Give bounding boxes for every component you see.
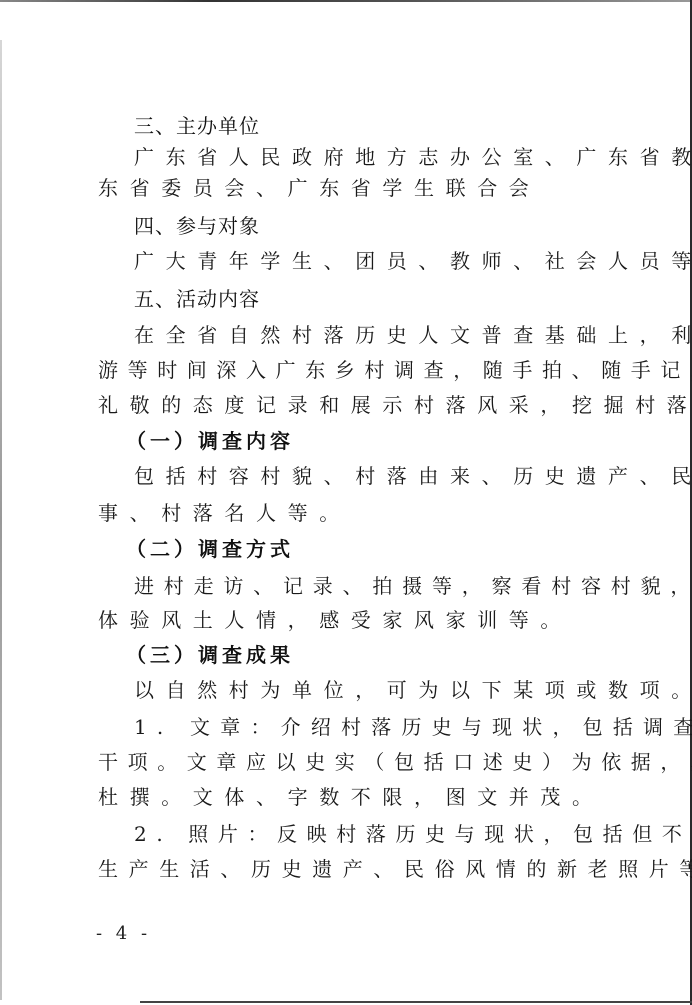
- body-text-line: 干项。文章应以史实（包括口述史）为依据，真实客观，严禁: [98, 748, 618, 776]
- body-text-line: 游等时间深入广东乡村调查，随手拍、随手记，以客观、科学、: [98, 356, 618, 384]
- body-text-line: 包括村容村貌、村落由来、历史遗产、民俗风情、村落故: [134, 462, 654, 490]
- subsection-heading-survey-content: （一）调查内容: [126, 427, 646, 455]
- document-page: 三、主办单位 广东省人民政府地方志办公室、广东省教育厅、共青团广 东省委员会、广…: [0, 0, 692, 1005]
- body-text-line: 杜撰。文体、字数不限，图文并茂。: [98, 783, 618, 811]
- body-text-line: 以自然村为单位，可为以下某项或数项。: [134, 676, 654, 704]
- body-text-line: 东省委员会、广东省学生联合会: [98, 174, 618, 202]
- body-text-line: 进村走访、记录、拍摄等，察看村容村貌，聆听村落故事，: [134, 572, 654, 600]
- list-item-photos: 2. 照片：反映村落历史与现状，包括但不限于村容村貌、: [134, 820, 654, 848]
- page-number: - 4 -: [96, 920, 151, 948]
- section-heading-activity-content: 五、活动内容: [134, 285, 654, 313]
- body-text-line: 在全省自然村落历史人文普查基础上，利用暑假返乡、旅: [134, 321, 654, 349]
- body-text-line: 广大青年学生、团员、教师、社会人员等: [134, 247, 654, 275]
- scan-edge-top: [0, 0, 692, 2]
- body-text-line: 事、村落名人等。: [98, 499, 618, 527]
- body-text-line: 广东省人民政府地方志办公室、广东省教育厅、共青团广: [134, 143, 654, 171]
- scan-edge-left: [0, 40, 2, 1000]
- section-heading-organizers: 三、主办单位: [134, 112, 654, 140]
- subsection-heading-survey-results: （三）调查成果: [126, 641, 646, 669]
- scan-edge-bottom: [140, 1001, 692, 1003]
- body-text-line: 体验风土人情，感受家风家训等。: [98, 606, 618, 634]
- list-item-article: 1. 文章：介绍村落历史与现状，包括调查内容的全部或若: [134, 713, 654, 741]
- body-text-line: 生产生活、历史遗产、民俗风情的新老照片等，每村不少于 5: [98, 855, 618, 883]
- subsection-heading-survey-method: （二）调查方式: [126, 535, 646, 563]
- section-heading-participants: 四、参与对象: [134, 212, 654, 240]
- body-text-line: 礼敬的态度记录和展示村落风采，挖掘村落特色。: [98, 391, 618, 419]
